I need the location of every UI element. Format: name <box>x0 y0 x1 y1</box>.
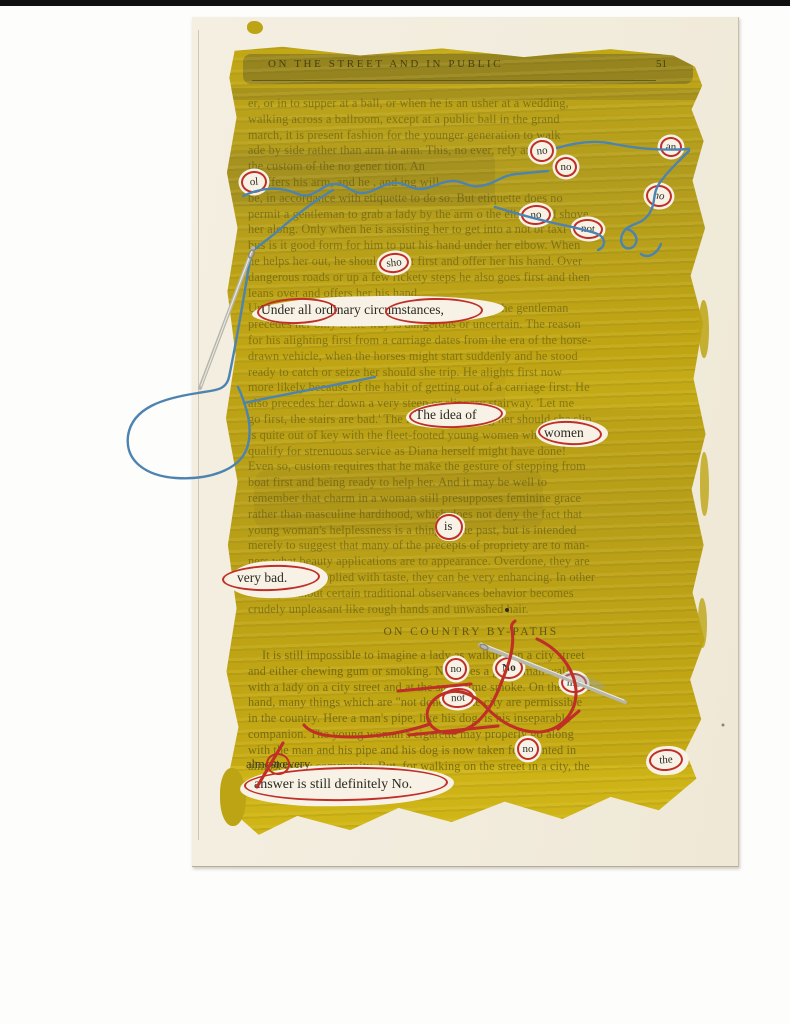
body-text-line: be, in accordance with etiquette to do s… <box>248 191 694 207</box>
body-text-line: is quite out of key with the fleet-foote… <box>248 428 694 444</box>
body-text-line: rather than masculine hardihood, which d… <box>248 507 694 523</box>
header-rule <box>252 80 656 81</box>
circled-word: no <box>555 157 577 177</box>
page-number: 51 <box>656 58 667 70</box>
body-text-line: and either chewing gum or smoking. Nor d… <box>248 664 694 680</box>
running-header-title: ON THE STREET AND IN PUBLIC <box>268 58 503 70</box>
body-text-line: for his alighting first from a carriage … <box>248 333 694 349</box>
running-header: ON THE STREET AND IN PUBLIC 51 <box>268 58 688 70</box>
circled-word-text: sho <box>386 257 402 270</box>
circled-word-text: no <box>451 664 462 675</box>
circled-word-text: no <box>653 190 665 202</box>
body-text-line: companion. The young woman's cigarette m… <box>248 727 694 743</box>
circled-word-text: the <box>659 754 673 766</box>
body-text-line: more likely because of the habit of gett… <box>248 380 694 396</box>
paint-drag-mark <box>700 452 709 516</box>
paint-drag-mark <box>698 598 707 648</box>
body-text-line: drawn vehicle, when the horses might sta… <box>248 349 694 365</box>
body-text-line: er, or in to supper at a ball, or when h… <box>248 96 694 112</box>
body-text-line: ol offers his arm, and he , and ing will <box>248 175 694 191</box>
circled-word-text: No <box>502 662 516 674</box>
body-text-line: in the country. Here a man's pipe, like … <box>248 711 694 727</box>
body-text-line: boat first and being ready to help her. … <box>248 475 694 491</box>
circled-word: no <box>445 658 467 680</box>
scan-of-altered-book-page: ON THE STREET AND IN PUBLIC 51 er, or in… <box>0 0 790 1024</box>
body-text-line: dangerous roads or up a few rickety step… <box>248 270 694 286</box>
circled-word-text: an <box>665 141 676 153</box>
section-heading: ON COUNTRY BY-PATHS <box>248 626 694 638</box>
body-text-line: Even so, custom requires that he make th… <box>248 459 694 475</box>
body-text-line: ade by side rather than arm in arm. This… <box>248 143 694 159</box>
body-text-line: crudely unpleasant like rough hands and … <box>248 602 694 618</box>
circled-word-text: no <box>523 744 534 755</box>
scanner-edge-bar <box>0 0 790 6</box>
body-text-block-1: er, or in to supper at a ball, or when h… <box>248 96 694 617</box>
red-oval <box>435 514 463 540</box>
body-text-line: with the man and his pipe and his dog is… <box>248 743 694 759</box>
body-text-line: permit a gentleman to grab a lady by the… <box>248 207 694 223</box>
body-text-line: merely to suggest that many of the prece… <box>248 538 694 554</box>
circled-word-text: not <box>581 223 596 235</box>
circled-word-text: no <box>530 209 542 221</box>
body-text-line: qualify for strenuous service as Diana h… <box>248 444 694 460</box>
body-text-line: he helps her out, he should alight first… <box>248 254 694 270</box>
paint-daub <box>247 21 263 34</box>
body-text-line: walking across a ballroom, except at a p… <box>248 112 694 128</box>
body-text-line: young woman's helplessness is a thing of… <box>248 523 694 539</box>
circled-word-text: no <box>536 145 548 157</box>
body-text-line: remember that charm in a woman still pre… <box>248 491 694 507</box>
body-text-line: the custom of the no gener tion. An <box>248 159 694 175</box>
circled-word-text: mo <box>567 677 582 689</box>
circled-word: no <box>517 738 539 760</box>
paint-drag-mark <box>699 300 709 358</box>
page-gutter-crease <box>198 30 199 840</box>
circled-word-text: ol <box>249 176 258 188</box>
body-text-line: ready to catch or seize her should she t… <box>248 365 694 381</box>
paint-daub <box>220 768 246 826</box>
circled-word-text: no <box>561 162 572 173</box>
body-text-line: It is still impossible to imagine a lady… <box>248 648 694 664</box>
circled-word-text: mo <box>270 758 285 771</box>
body-text-line: march, it is present fashion for the you… <box>248 128 694 144</box>
circled-word-text: not <box>451 692 465 703</box>
body-text-line: bus is it good form for him to put his h… <box>248 238 694 254</box>
body-text-line: her along. Only when he is assisting her… <box>248 222 694 238</box>
